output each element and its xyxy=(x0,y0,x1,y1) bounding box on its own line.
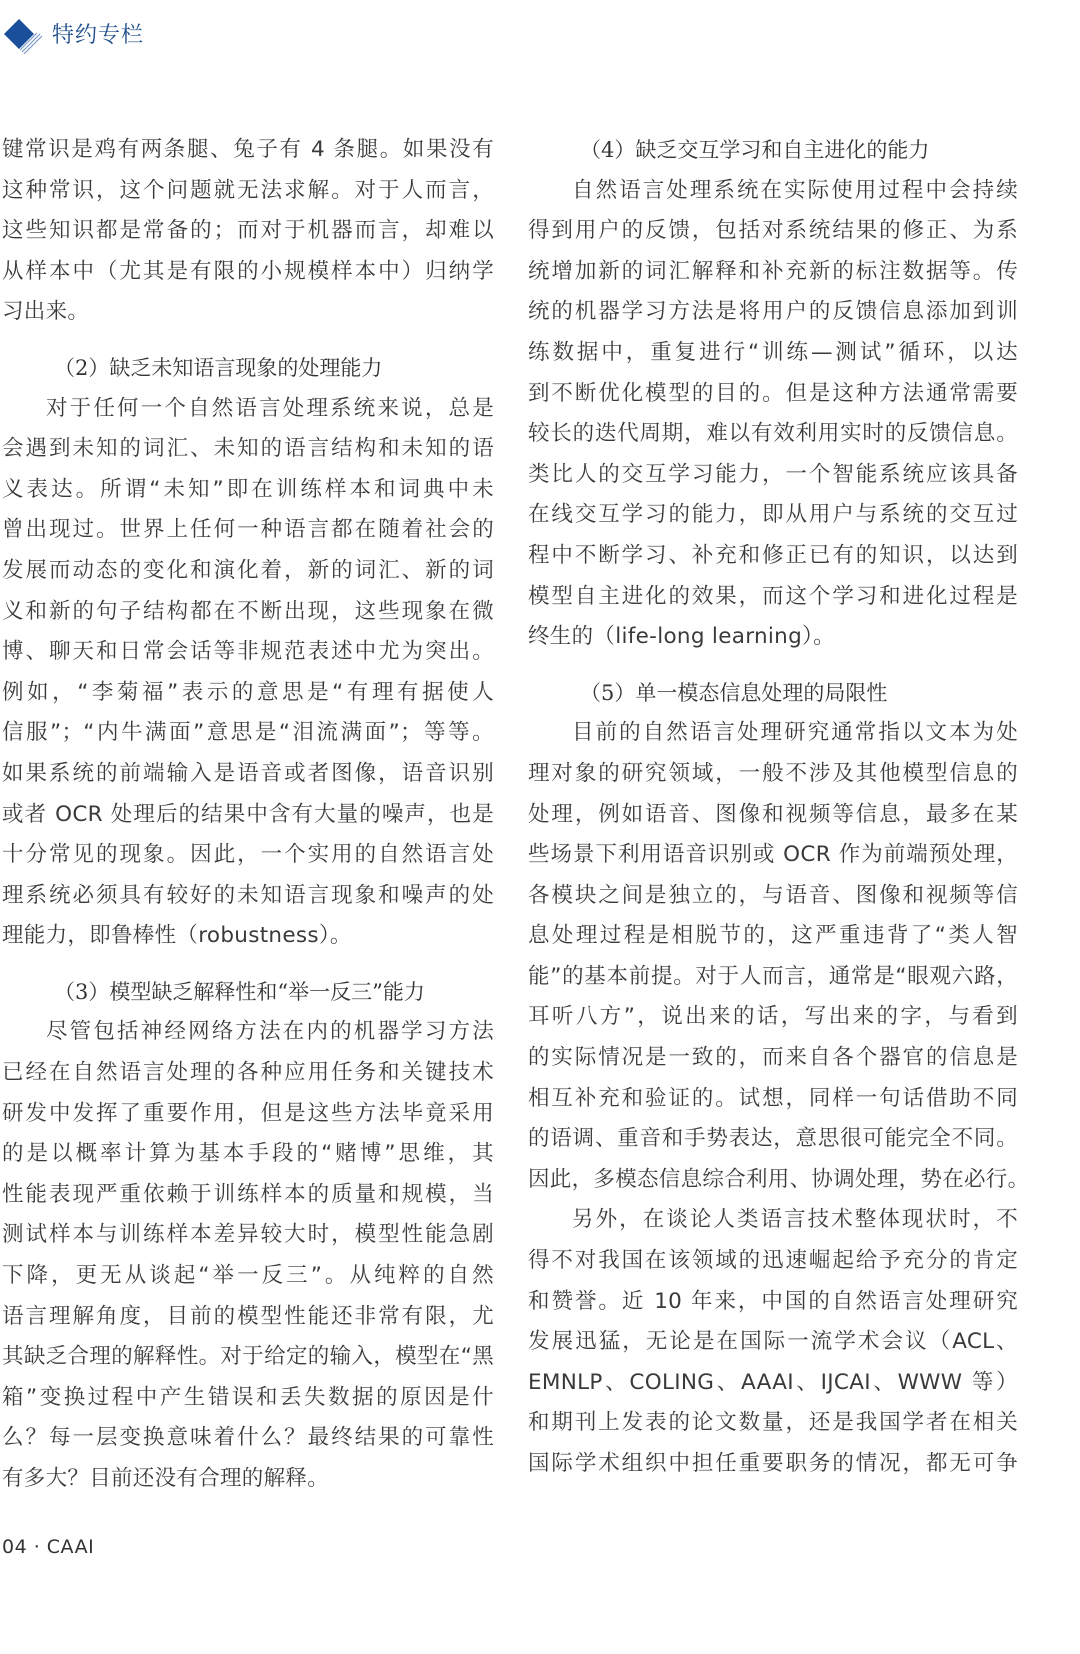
text-line: 终生的（life-long learning）。 xyxy=(528,617,1018,658)
text-line: 博、聊天和日常会话等非规范表述中尤为突出。 xyxy=(2,632,494,673)
paragraph-interactive-learning: 自然语言处理系统在实际使用过程中会持续 得到用户的反馈，包括对系统结果的修正、为… xyxy=(528,171,1018,658)
text-line: 十分常见的现象。因此，一个实用的自然语言处 xyxy=(2,835,494,876)
text-line: 理能力，即鲁棒性（robustness）。 xyxy=(2,916,494,957)
text-line: 有多大？目前还没有合理的解释。 xyxy=(2,1459,494,1500)
text-line: EMNLP、COLING、AAAI、IJCAI、WWW 等） xyxy=(528,1363,1018,1404)
paragraph-china-progress: 另外，在谈论人类语言技术整体现状时，不 得不对我国在该领域的迅速崛起给予充分的肯… xyxy=(528,1200,1018,1484)
text-line: 统增加新的词汇解释和补充新的标注数据等。传 xyxy=(528,252,1018,293)
text-line: 耳听八方”，说出来的话，写出来的字，与看到 xyxy=(528,997,1018,1038)
text-line: 测试样本与训练样本差异较大时，模型性能急剧 xyxy=(2,1215,494,1256)
text-line: 自然语言处理系统在实际使用过程中会持续 xyxy=(528,171,1018,212)
right-column: （4）缺乏交互学习和自主进化的能力 自然语言处理系统在实际使用过程中会持续 得到… xyxy=(528,130,1018,1485)
text-line: 下降，更无从谈起“举一反三”。从纯粹的自然 xyxy=(2,1256,494,1297)
text-line: 在线交互学习的能力，即从用户与系统的交互过 xyxy=(528,495,1018,536)
text-line: 因此，多模态信息综合利用、协调处理，势在必行。 xyxy=(528,1160,1018,1201)
text-line: 信服”；“内牛满面”意思是“泪流满面”；等等。 xyxy=(2,713,494,754)
subheading-4: （4）缺乏交互学习和自主进化的能力 xyxy=(528,130,1018,171)
text-line: 练数据中，重复进行“训练—测试”循环，以达 xyxy=(528,333,1018,374)
text-line: 到不断优化模型的目的。但是这种方法通常需要 xyxy=(528,374,1018,415)
text-line: 其缺乏合理的解释性。对于给定的输入，模型在“黑 xyxy=(2,1337,494,1378)
text-line: 例如，“李菊福”表示的意思是“有理有据使人 xyxy=(2,673,494,714)
paragraph-common-sense: 键常识是鸡有两条腿、兔子有 4 条腿。如果没有 这种常识，这个问题就无法求解。对… xyxy=(2,130,494,333)
text-line: 些场景下利用语音识别或 OCR 作为前端预处理， xyxy=(528,835,1018,876)
section-title: 特约专栏 xyxy=(52,18,144,49)
text-line: 发展迅猛，无论是在国际一流学术会议（ACL、 xyxy=(528,1322,1018,1363)
text-line: 理对象的研究领域，一般不涉及其他模型信息的 xyxy=(528,754,1018,795)
text-line: 尽管包括神经网络方法在内的机器学习方法 xyxy=(2,1012,494,1053)
text-line: 模型自主进化的效果，而这个学习和进化过程是 xyxy=(528,577,1018,618)
text-line: 统的机器学习方法是将用户的反馈信息添加到训 xyxy=(528,292,1018,333)
text-line: 么？每一层变换意味着什么？最终结果的可靠性 xyxy=(2,1418,494,1459)
text-line: 义表达。所谓“未知”即在训练样本和词典中未 xyxy=(2,470,494,511)
text-line: 理系统必须具有较好的未知语言现象和噪声的处 xyxy=(2,876,494,917)
text-line: 类比人的交互学习能力，一个智能系统应该具备 xyxy=(528,455,1018,496)
text-line: 国际学术组织中担任重要职务的情况，都无可争 xyxy=(528,1444,1018,1485)
paragraph-unknown-phenomena: 对于任何一个自然语言处理系统来说，总是 会遇到未知的词汇、未知的语言结构和未知的… xyxy=(2,389,494,957)
text-line: 较长的迭代周期，难以有效利用实时的反馈信息。 xyxy=(528,414,1018,455)
page-footer: 04 · CAAI xyxy=(2,1536,94,1558)
left-column: 键常识是鸡有两条腿、兔子有 4 条腿。如果没有 这种常识，这个问题就无法求解。对… xyxy=(2,130,494,1500)
text-line: 各模块之间是独立的，与语音、图像和视频等信 xyxy=(528,876,1018,917)
text-line: 处理，例如语音、图像和视频等信息，最多在某 xyxy=(528,795,1018,836)
text-line: 得不对我国在该领域的迅速崛起给予充分的肯定 xyxy=(528,1241,1018,1282)
text-line: 息处理过程是相脱节的，这严重违背了“类人智 xyxy=(528,916,1018,957)
text-line: 义和新的句子结构都在不断出现，这些现象在微 xyxy=(2,592,494,633)
text-line: 和期刊上发表的论文数量，还是我国学者在相关 xyxy=(528,1403,1018,1444)
text-line: 如果系统的前端输入是语音或者图像，语音识别 xyxy=(2,754,494,795)
text-line: 这种常识，这个问题就无法求解。对于人而言， xyxy=(2,171,494,212)
subheading-3: （3）模型缺乏解释性和“举一反三”能力 xyxy=(2,972,494,1013)
text-line: 能”的基本前提。对于人而言，通常是“眼观六路， xyxy=(528,957,1018,998)
text-line: 对于任何一个自然语言处理系统来说，总是 xyxy=(2,389,494,430)
text-line: 的是以概率计算为基本手段的“赌博”思维，其 xyxy=(2,1134,494,1175)
text-line: 习出来。 xyxy=(2,292,494,333)
text-line: 和赞誉。近 10 年来，中国的自然语言处理研究 xyxy=(528,1282,1018,1323)
text-line: 另外，在谈论人类语言技术整体现状时，不 xyxy=(528,1200,1018,1241)
text-line: 或者 OCR 处理后的结果中含有大量的噪声，也是 xyxy=(2,795,494,836)
page-header: 特约专栏 xyxy=(0,0,1080,70)
blue-diamond-logo-icon xyxy=(2,14,42,54)
text-line: 研发中发挥了重要作用，但是这些方法毕竟采用 xyxy=(2,1094,494,1135)
text-line: 曾出现过。世界上任何一种语言都在随着社会的 xyxy=(2,510,494,551)
paragraph-single-modality: 目前的自然语言处理研究通常指以文本为处 理对象的研究领域，一般不涉及其他模型信息… xyxy=(528,713,1018,1200)
text-line: 从样本中（尤其是有限的小规模样本中）归纳学 xyxy=(2,252,494,293)
text-line: 发展而动态的变化和演化着，新的词汇、新的词 xyxy=(2,551,494,592)
text-line: 箱”变换过程中产生错误和丢失数据的原因是什 xyxy=(2,1378,494,1419)
text-line: 键常识是鸡有两条腿、兔子有 4 条腿。如果没有 xyxy=(2,130,494,171)
text-line: 语言理解角度，目前的模型性能还非常有限，尤 xyxy=(2,1297,494,1338)
text-line: 的实际情况是一致的，而来自各个器官的信息是 xyxy=(528,1038,1018,1079)
text-line: 得到用户的反馈，包括对系统结果的修正、为系 xyxy=(528,211,1018,252)
text-line: 已经在自然语言处理的各种应用任务和关键技术 xyxy=(2,1053,494,1094)
text-line: 会遇到未知的词汇、未知的语言结构和未知的语 xyxy=(2,429,494,470)
text-line: 目前的自然语言处理研究通常指以文本为处 xyxy=(528,713,1018,754)
text-line: 的语调、重音和手势表达，意思很可能完全不同。 xyxy=(528,1119,1018,1160)
text-line: 这些知识都是常备的；而对于机器而言，却难以 xyxy=(2,211,494,252)
text-line: 相互补充和验证的。试想，同样一句话借助不同 xyxy=(528,1079,1018,1120)
text-line: 性能表现严重依赖于训练样本的质量和规模，当 xyxy=(2,1175,494,1216)
paragraph-interpretability: 尽管包括神经网络方法在内的机器学习方法 已经在自然语言处理的各种应用任务和关键技… xyxy=(2,1012,494,1499)
subheading-5: （5）单一模态信息处理的局限性 xyxy=(528,673,1018,714)
text-line: 程中不断学习、补充和修正已有的知识，以达到 xyxy=(528,536,1018,577)
subheading-2: （2）缺乏未知语言现象的处理能力 xyxy=(2,348,494,389)
